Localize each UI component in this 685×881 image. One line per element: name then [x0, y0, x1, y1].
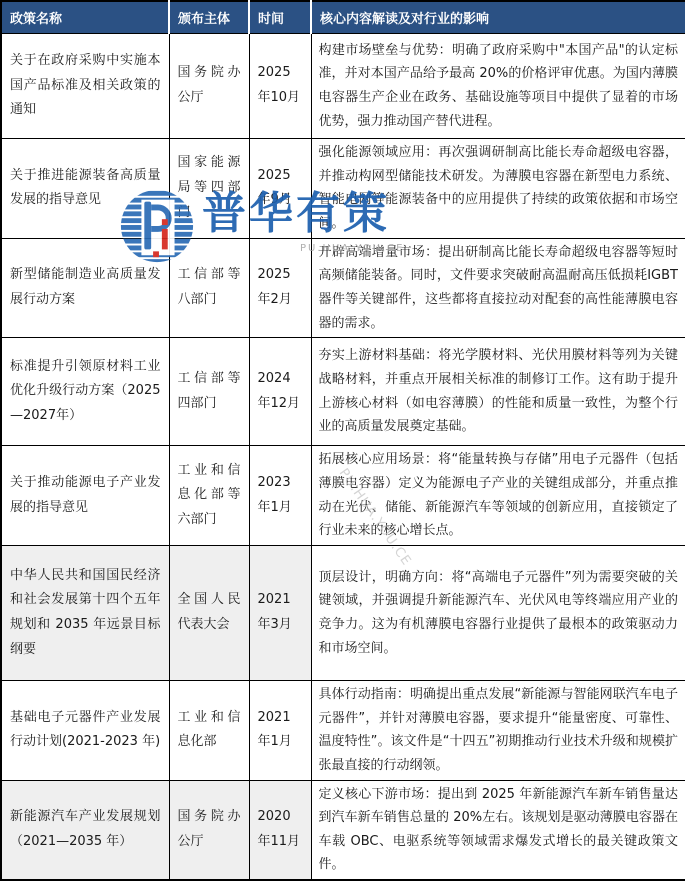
policy-name-cell: 关于推动能源电子产业发展的指导意见: [1, 446, 169, 546]
content-cell: 具体行动指南：明确提出重点发展“新能源与智能网联汽车电子元器件”，并针对薄膜电容…: [311, 680, 685, 780]
table-row: 基础电子元器件产业发展行动计划(2021-2023 年)工业和信息化部2021年…: [1, 680, 685, 780]
content-cell: 强化能源领域应用：再次强调研制高比能长寿命超级电容器，并推动构网型储能技术研发。…: [311, 139, 685, 239]
policy-report-page: 政策名称 颁布主体 时间 核心内容解读及对行业的影响 关于在政府采购中实施本国产…: [0, 0, 685, 881]
content-cell: 顶层设计，明确方向：将“高端电子元器件”列为需要突破的关键领域，并强调提升新能源…: [311, 545, 685, 680]
policy-name-cell: 标准提升引领原材料工业优化升级行动方案（2025—2027年）: [1, 338, 169, 446]
table-row: 新型储能制造业高质量发展行动方案工信部等八部门2025年2月开辟高端增量市场：提…: [1, 238, 685, 338]
issuer-cell: 国务院办公厅: [169, 780, 249, 880]
issuer-cell: 工业和信息化部: [169, 680, 249, 780]
content-cell: 夯实上游材料基础：将光学膜材料、光伏用膜材料等列为关键战略材料，并重点开展相关标…: [311, 338, 685, 446]
date-cell: 2021年1月: [249, 680, 311, 780]
policy-name-cell: 新型储能制造业高质量发展行动方案: [1, 238, 169, 338]
policy-name-cell: 基础电子元器件产业发展行动计划(2021-2023 年): [1, 680, 169, 780]
header-date: 时间: [249, 1, 311, 34]
content-cell: 开辟高端增量市场：提出研制高比能长寿命超级电容器等短时高频储能装备。同时，文件要…: [311, 238, 685, 338]
issuer-cell: 工业和信息化部等六部门: [169, 446, 249, 546]
policy-name-cell: 新能源汽车产业发展规划（2021—2035 年）: [1, 780, 169, 880]
date-cell: 2023年1月: [249, 446, 311, 546]
issuer-cell: 国家能源局等四部门: [169, 139, 249, 239]
date-cell: 2021年3月: [249, 545, 311, 680]
date-cell: 2024年12月: [249, 338, 311, 446]
header-content: 核心内容解读及对行业的影响: [311, 1, 685, 34]
date-cell: 2025年9月: [249, 139, 311, 239]
content-cell: 拓展核心应用场景：将“能量转换与存储”用电子元器件（包括薄膜电容器）定义为能源电…: [311, 446, 685, 546]
issuer-cell: 工信部等八部门: [169, 238, 249, 338]
header-issuer: 颁布主体: [169, 1, 249, 34]
table-row: 关于在政府采购中实施本国产品标准及相关政策的通知国务院办公厅2025年10月构建…: [1, 34, 685, 139]
table-row: 新能源汽车产业发展规划（2021—2035 年）国务院办公厅2020年11月定义…: [1, 780, 685, 880]
date-cell: 2025年10月: [249, 34, 311, 139]
table-row: 关于推动能源电子产业发展的指导意见工业和信息化部等六部门2023年1月拓展核心应…: [1, 446, 685, 546]
policy-name-cell: 关于推进能源装备高质量发展的指导意见: [1, 139, 169, 239]
content-cell: 定义核心下游市场：提出到 2025 年新能源汽车新车销售量达到汽车新车销售总量的…: [311, 780, 685, 880]
table-header-row: 政策名称 颁布主体 时间 核心内容解读及对行业的影响: [1, 1, 685, 34]
table-row: 中华人民共和国国民经济和社会发展第十四个五年规划和 2035 年远景目标纲要全国…: [1, 545, 685, 680]
header-policy-name: 政策名称: [1, 1, 169, 34]
policy-name-cell: 关于在政府采购中实施本国产品标准及相关政策的通知: [1, 34, 169, 139]
issuer-cell: 工信部等四部门: [169, 338, 249, 446]
policy-table-body: 关于在政府采购中实施本国产品标准及相关政策的通知国务院办公厅2025年10月构建…: [1, 34, 685, 881]
date-cell: 2020年11月: [249, 780, 311, 880]
policy-table: 政策名称 颁布主体 时间 核心内容解读及对行业的影响 关于在政府采购中实施本国产…: [0, 0, 685, 881]
table-row: 关于推进能源装备高质量发展的指导意见国家能源局等四部门2025年9月强化能源领域…: [1, 139, 685, 239]
issuer-cell: 国务院办公厅: [169, 34, 249, 139]
date-cell: 2025年2月: [249, 238, 311, 338]
table-row: 标准提升引领原材料工业优化升级行动方案（2025—2027年）工信部等四部门20…: [1, 338, 685, 446]
policy-name-cell: 中华人民共和国国民经济和社会发展第十四个五年规划和 2035 年远景目标纲要: [1, 545, 169, 680]
issuer-cell: 全国人民代表大会: [169, 545, 249, 680]
content-cell: 构建市场壁垒与优势：明确了政府采购中"本国产品"的认定标准，并对本国产品给予最高…: [311, 34, 685, 139]
